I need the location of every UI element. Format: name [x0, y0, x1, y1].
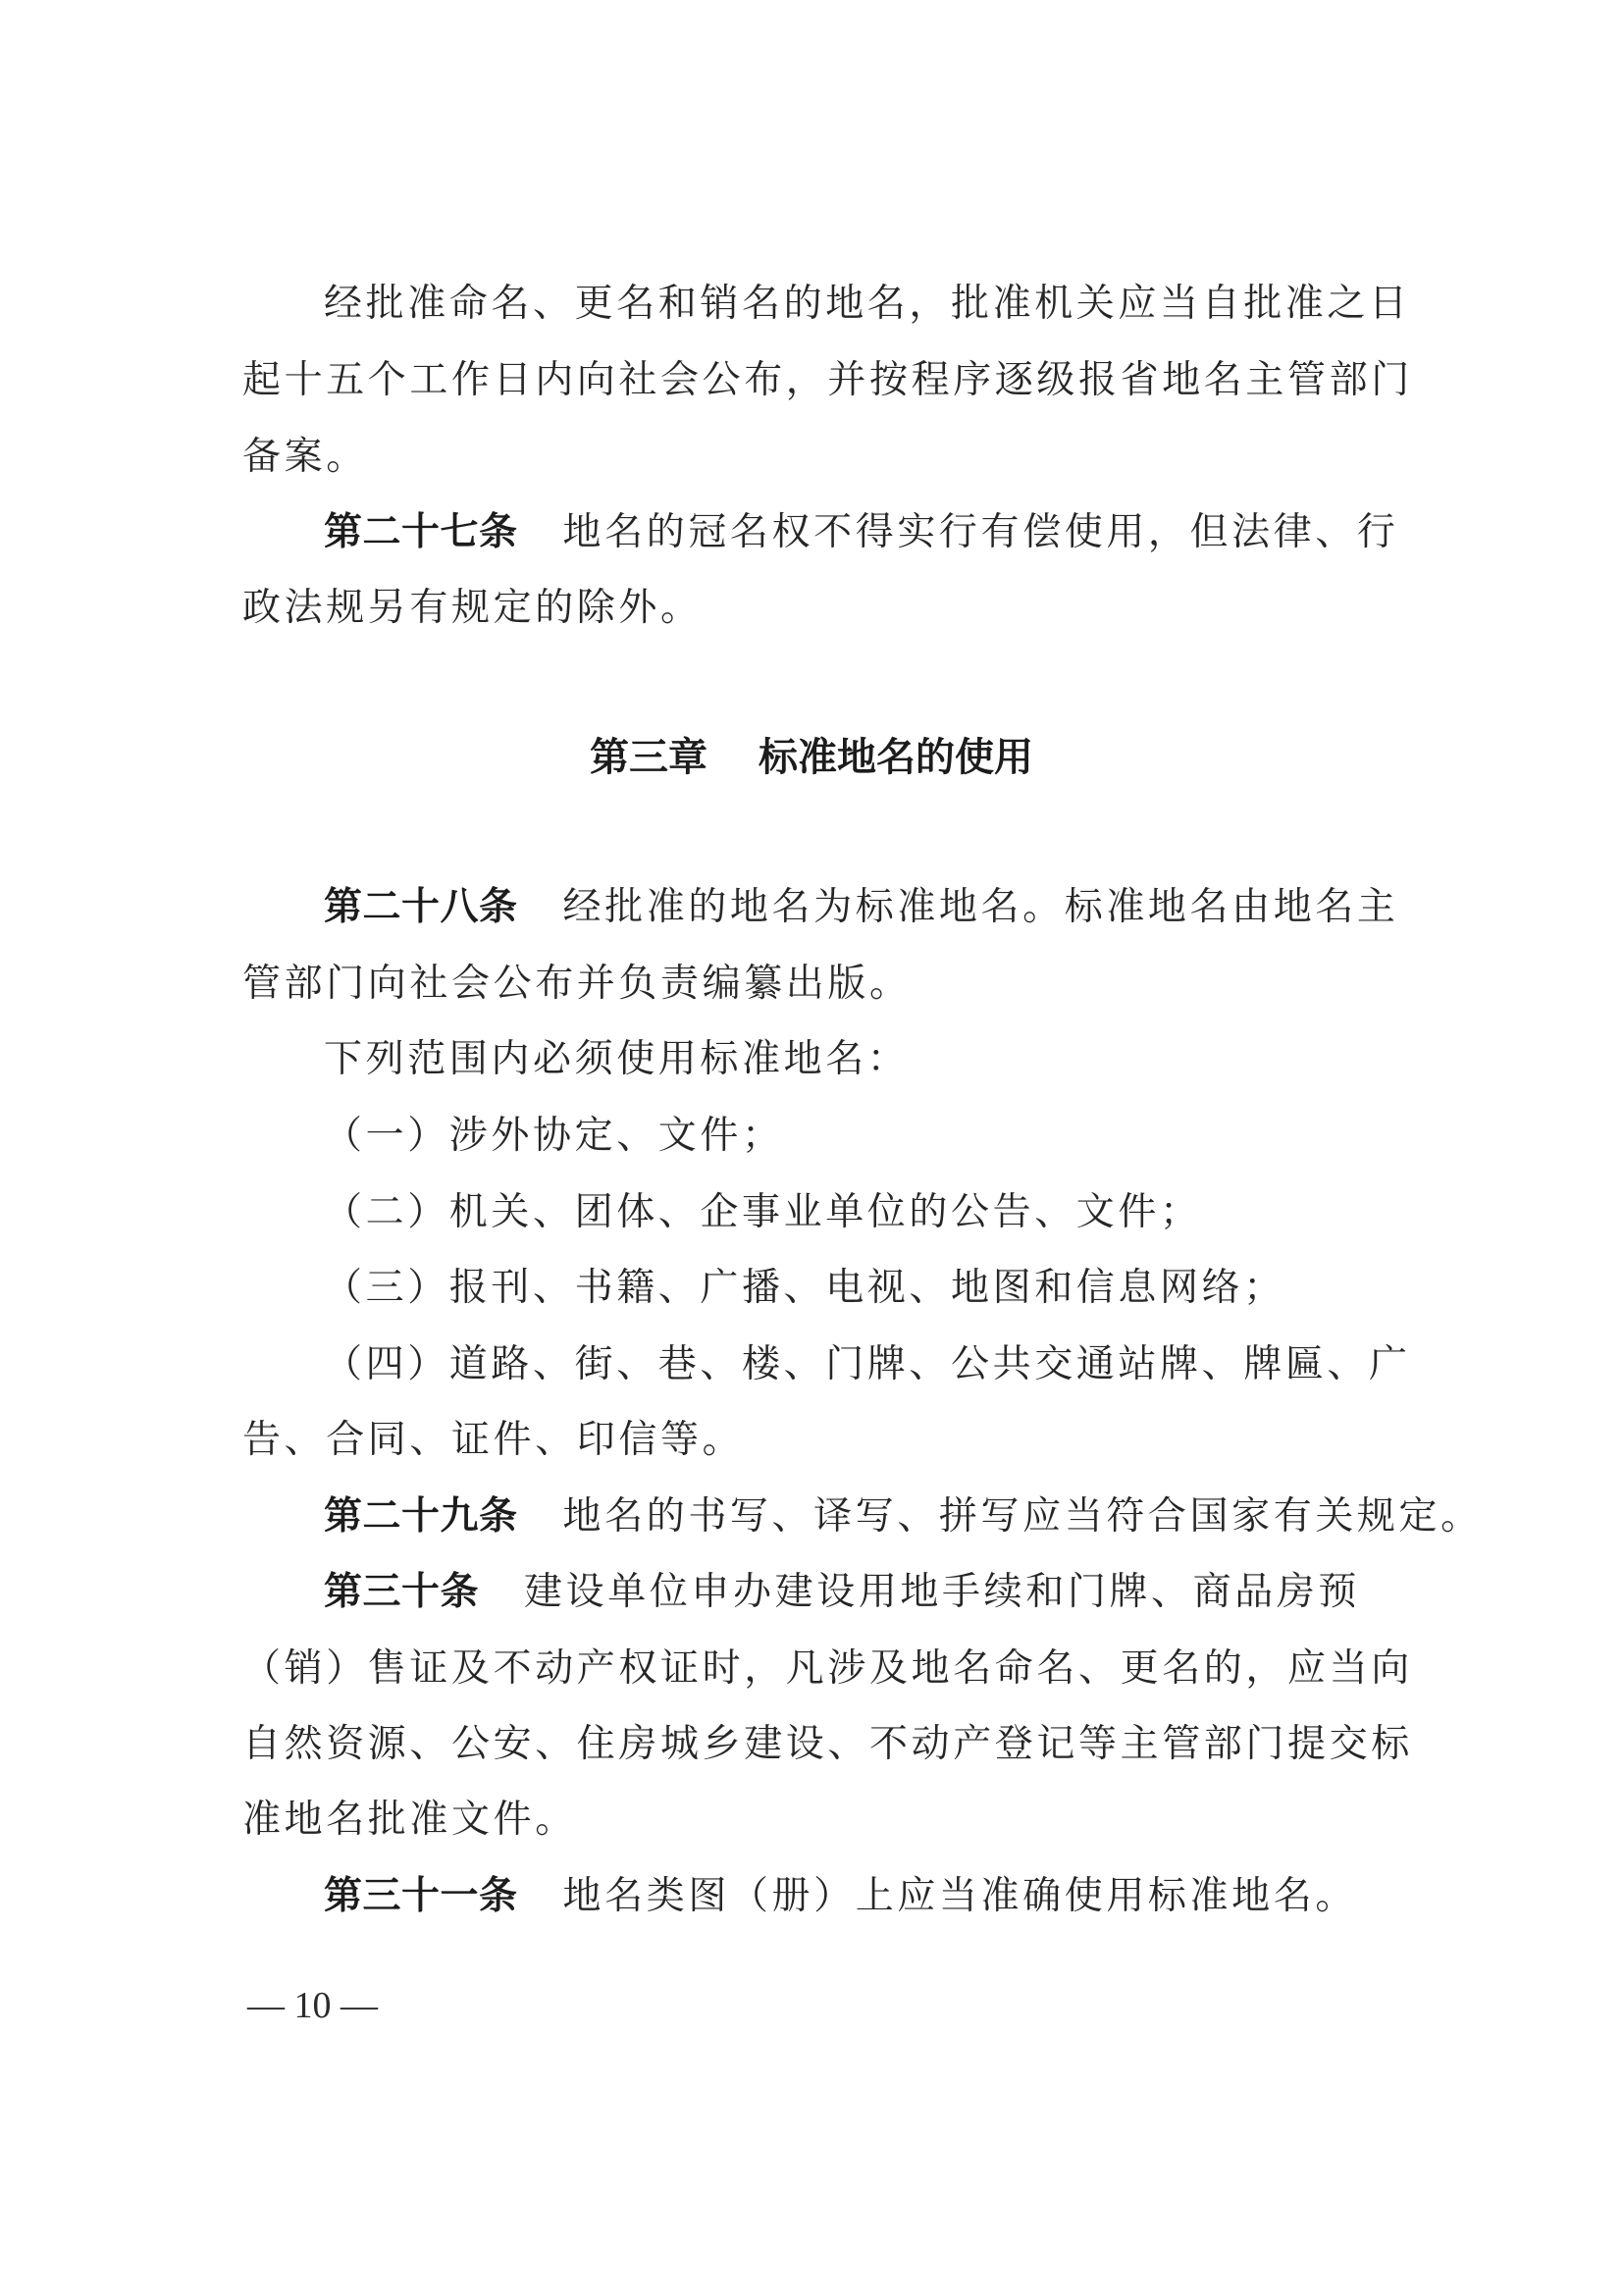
article-label: 第二十七条 — [324, 510, 518, 554]
article-label: 第三十条 — [324, 1570, 479, 1614]
paragraph-line: 管部门向社会公布并负责编纂出版。 — [242, 955, 1361, 1014]
chapter-number: 第三章 — [590, 734, 707, 780]
article-text: 地名类图（册）上应当准确使用标准地名。 — [563, 1874, 1357, 1918]
chapter-heading: 第三章标准地名的使用 — [0, 726, 1623, 789]
article-text: 地名的冠名权不得实行有偿使用，但法律、行 — [563, 510, 1399, 554]
paragraph-line: 下列范围内必须使用标准地名： — [324, 1030, 1364, 1089]
paragraph-line: 自然资源、公安、住房城乡建设、不动产登记等主管部门提交标 — [242, 1715, 1361, 1774]
paragraph-line: 政法规另有规定的除外。 — [242, 579, 1361, 638]
article-label: 第二十九条 — [324, 1494, 518, 1539]
article-30: 第三十条建设单位申办建设用地手续和门牌、商品房预 — [324, 1563, 1364, 1622]
article-31: 第三十一条地名类图（册）上应当准确使用标准地名。 — [324, 1867, 1364, 1926]
list-item: （一）涉外协定、文件； — [324, 1107, 1364, 1166]
article-text: 建设单位申办建设用地手续和门牌、商品房预 — [524, 1570, 1360, 1614]
article-label: 第三十一条 — [324, 1874, 518, 1918]
chapter-title: 标准地名的使用 — [759, 734, 1033, 780]
paragraph-line: 起十五个工作日内向社会公布，并按程序逐级报省地名主管部门 — [242, 351, 1361, 410]
page-number: — 10 — — [247, 1982, 378, 2029]
article-28: 第二十八条经批准的地名为标准地名。标准地名由地名主 — [324, 878, 1364, 937]
paragraph-line: 备案。 — [242, 428, 1361, 487]
list-item: （二）机关、团体、企事业单位的公告、文件； — [324, 1183, 1364, 1242]
article-text: 经批准的地名为标准地名。标准地名由地名主 — [563, 885, 1399, 929]
paragraph-line: （销）售证及不动产权证时，凡涉及地名命名、更名的，应当向 — [242, 1640, 1361, 1698]
list-item: （三）报刊、书籍、广播、电视、地图和信息网络； — [324, 1259, 1364, 1318]
paragraph-line: 经批准命名、更名和销名的地名，批准机关应当自批准之日 — [324, 275, 1364, 334]
article-27: 第二十七条地名的冠名权不得实行有偿使用，但法律、行 — [324, 503, 1364, 562]
article-text: 地名的书写、译写、拼写应当符合国家有关规定。 — [563, 1494, 1483, 1539]
paragraph-line: 准地名批准文件。 — [242, 1791, 1361, 1850]
list-item-continuation: 告、合同、证件、印信等。 — [242, 1411, 1361, 1470]
article-label: 第二十八条 — [324, 885, 518, 929]
list-item: （四）道路、街、巷、楼、门牌、公共交通站牌、牌匾、广 — [324, 1335, 1364, 1394]
document-page: 经批准命名、更名和销名的地名，批准机关应当自批准之日 起十五个工作日内向社会公布… — [0, 0, 1623, 2296]
article-29: 第二十九条地名的书写、译写、拼写应当符合国家有关规定。 — [324, 1487, 1364, 1546]
